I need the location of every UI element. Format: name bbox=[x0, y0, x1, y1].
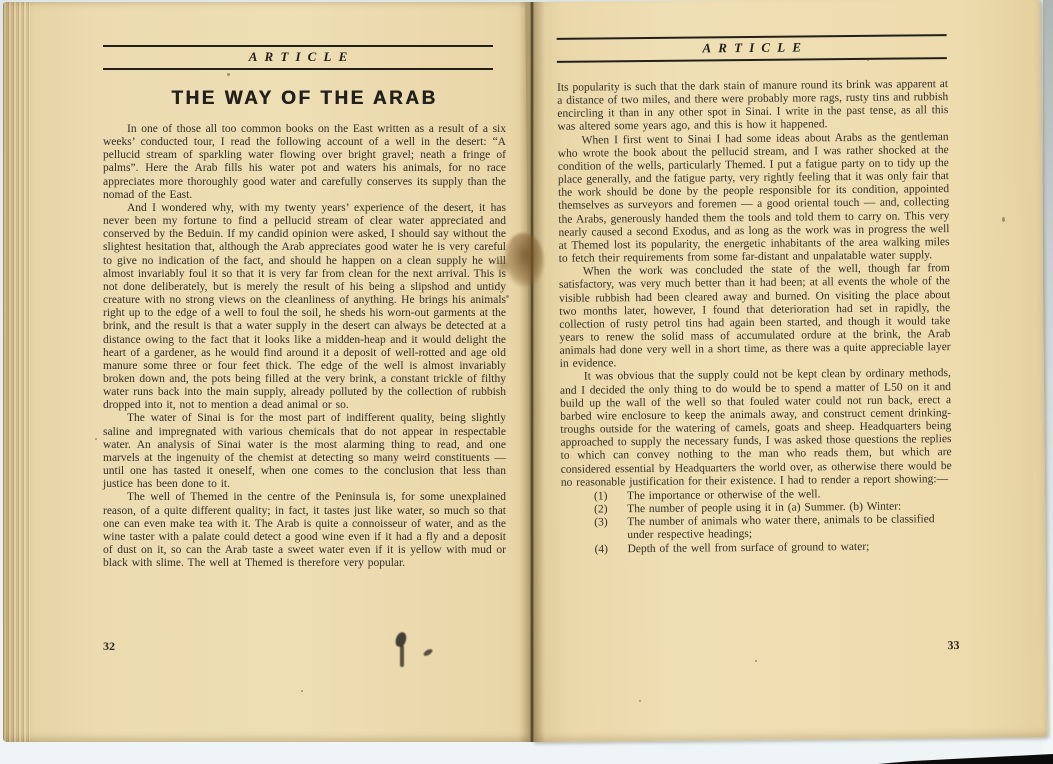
paper-speck bbox=[227, 73, 230, 76]
list-item-number: (1) bbox=[594, 490, 627, 504]
running-header-left: ARTICLE bbox=[103, 45, 493, 70]
page-number-left: 32 bbox=[103, 639, 115, 654]
paragraph: And I wondered why, with my twenty years… bbox=[103, 202, 506, 413]
paper-speck bbox=[95, 438, 97, 440]
paragraph: The water of Sinai is for the most part … bbox=[103, 412, 506, 491]
page-left: ARTICLE THE WAY OF THE ARAB In one of th… bbox=[3, 2, 532, 742]
running-header-text: ARTICLE bbox=[702, 39, 808, 55]
list-item-text: Depth of the well from surface of ground… bbox=[627, 540, 952, 556]
text-column-right: Its popularity is such that the dark sta… bbox=[557, 78, 953, 557]
stain-mark bbox=[504, 233, 544, 287]
list-item: (3) The number of animals who water ther… bbox=[561, 513, 952, 543]
running-header-text: ARTICLE bbox=[249, 49, 355, 64]
binding-gutter-shadow bbox=[519, 2, 545, 742]
page-right: ARTICLE Its popularity is such that the … bbox=[525, 0, 1047, 742]
list-item-number: (3) bbox=[594, 516, 627, 543]
paper-speck bbox=[301, 690, 303, 692]
open-book: ARTICLE THE WAY OF THE ARAB In one of th… bbox=[3, 2, 1047, 742]
paper-speck bbox=[755, 660, 757, 662]
paragraph: It was obvious that the supply could not… bbox=[560, 367, 952, 489]
scanned-book-spread: ARTICLE THE WAY OF THE ARAB In one of th… bbox=[0, 0, 1053, 764]
paper-speck bbox=[867, 59, 869, 61]
paragraph: When the work was concluded the state of… bbox=[559, 262, 951, 371]
page-number-right: 33 bbox=[947, 638, 959, 653]
list-item-text: The number of animals who water there, a… bbox=[627, 513, 952, 543]
list-item-number: (4) bbox=[594, 543, 627, 557]
paper-speck bbox=[506, 295, 509, 298]
running-header-right: ARTICLE bbox=[557, 34, 947, 63]
report-list: (1) The importance or otherwise of the w… bbox=[561, 487, 953, 557]
ink-blot bbox=[400, 645, 404, 667]
paper-speck bbox=[1002, 217, 1005, 222]
article-title: THE WAY OF THE ARAB bbox=[103, 88, 506, 110]
text-column-left: THE WAY OF THE ARAB In one of those all … bbox=[103, 88, 506, 570]
scan-shadow-edge bbox=[878, 754, 1053, 764]
list-item: (4) Depth of the well from surface of gr… bbox=[561, 540, 952, 557]
list-item-number: (2) bbox=[594, 503, 627, 517]
paragraph: When I first went to Sinai I had some id… bbox=[558, 131, 950, 266]
paragraph: Its popularity is such that the dark sta… bbox=[557, 78, 948, 134]
paper-speck bbox=[639, 700, 641, 702]
paragraph: In one of those all too common books on … bbox=[103, 123, 506, 202]
paragraph: The well of Themed in the centre of the … bbox=[103, 491, 506, 570]
